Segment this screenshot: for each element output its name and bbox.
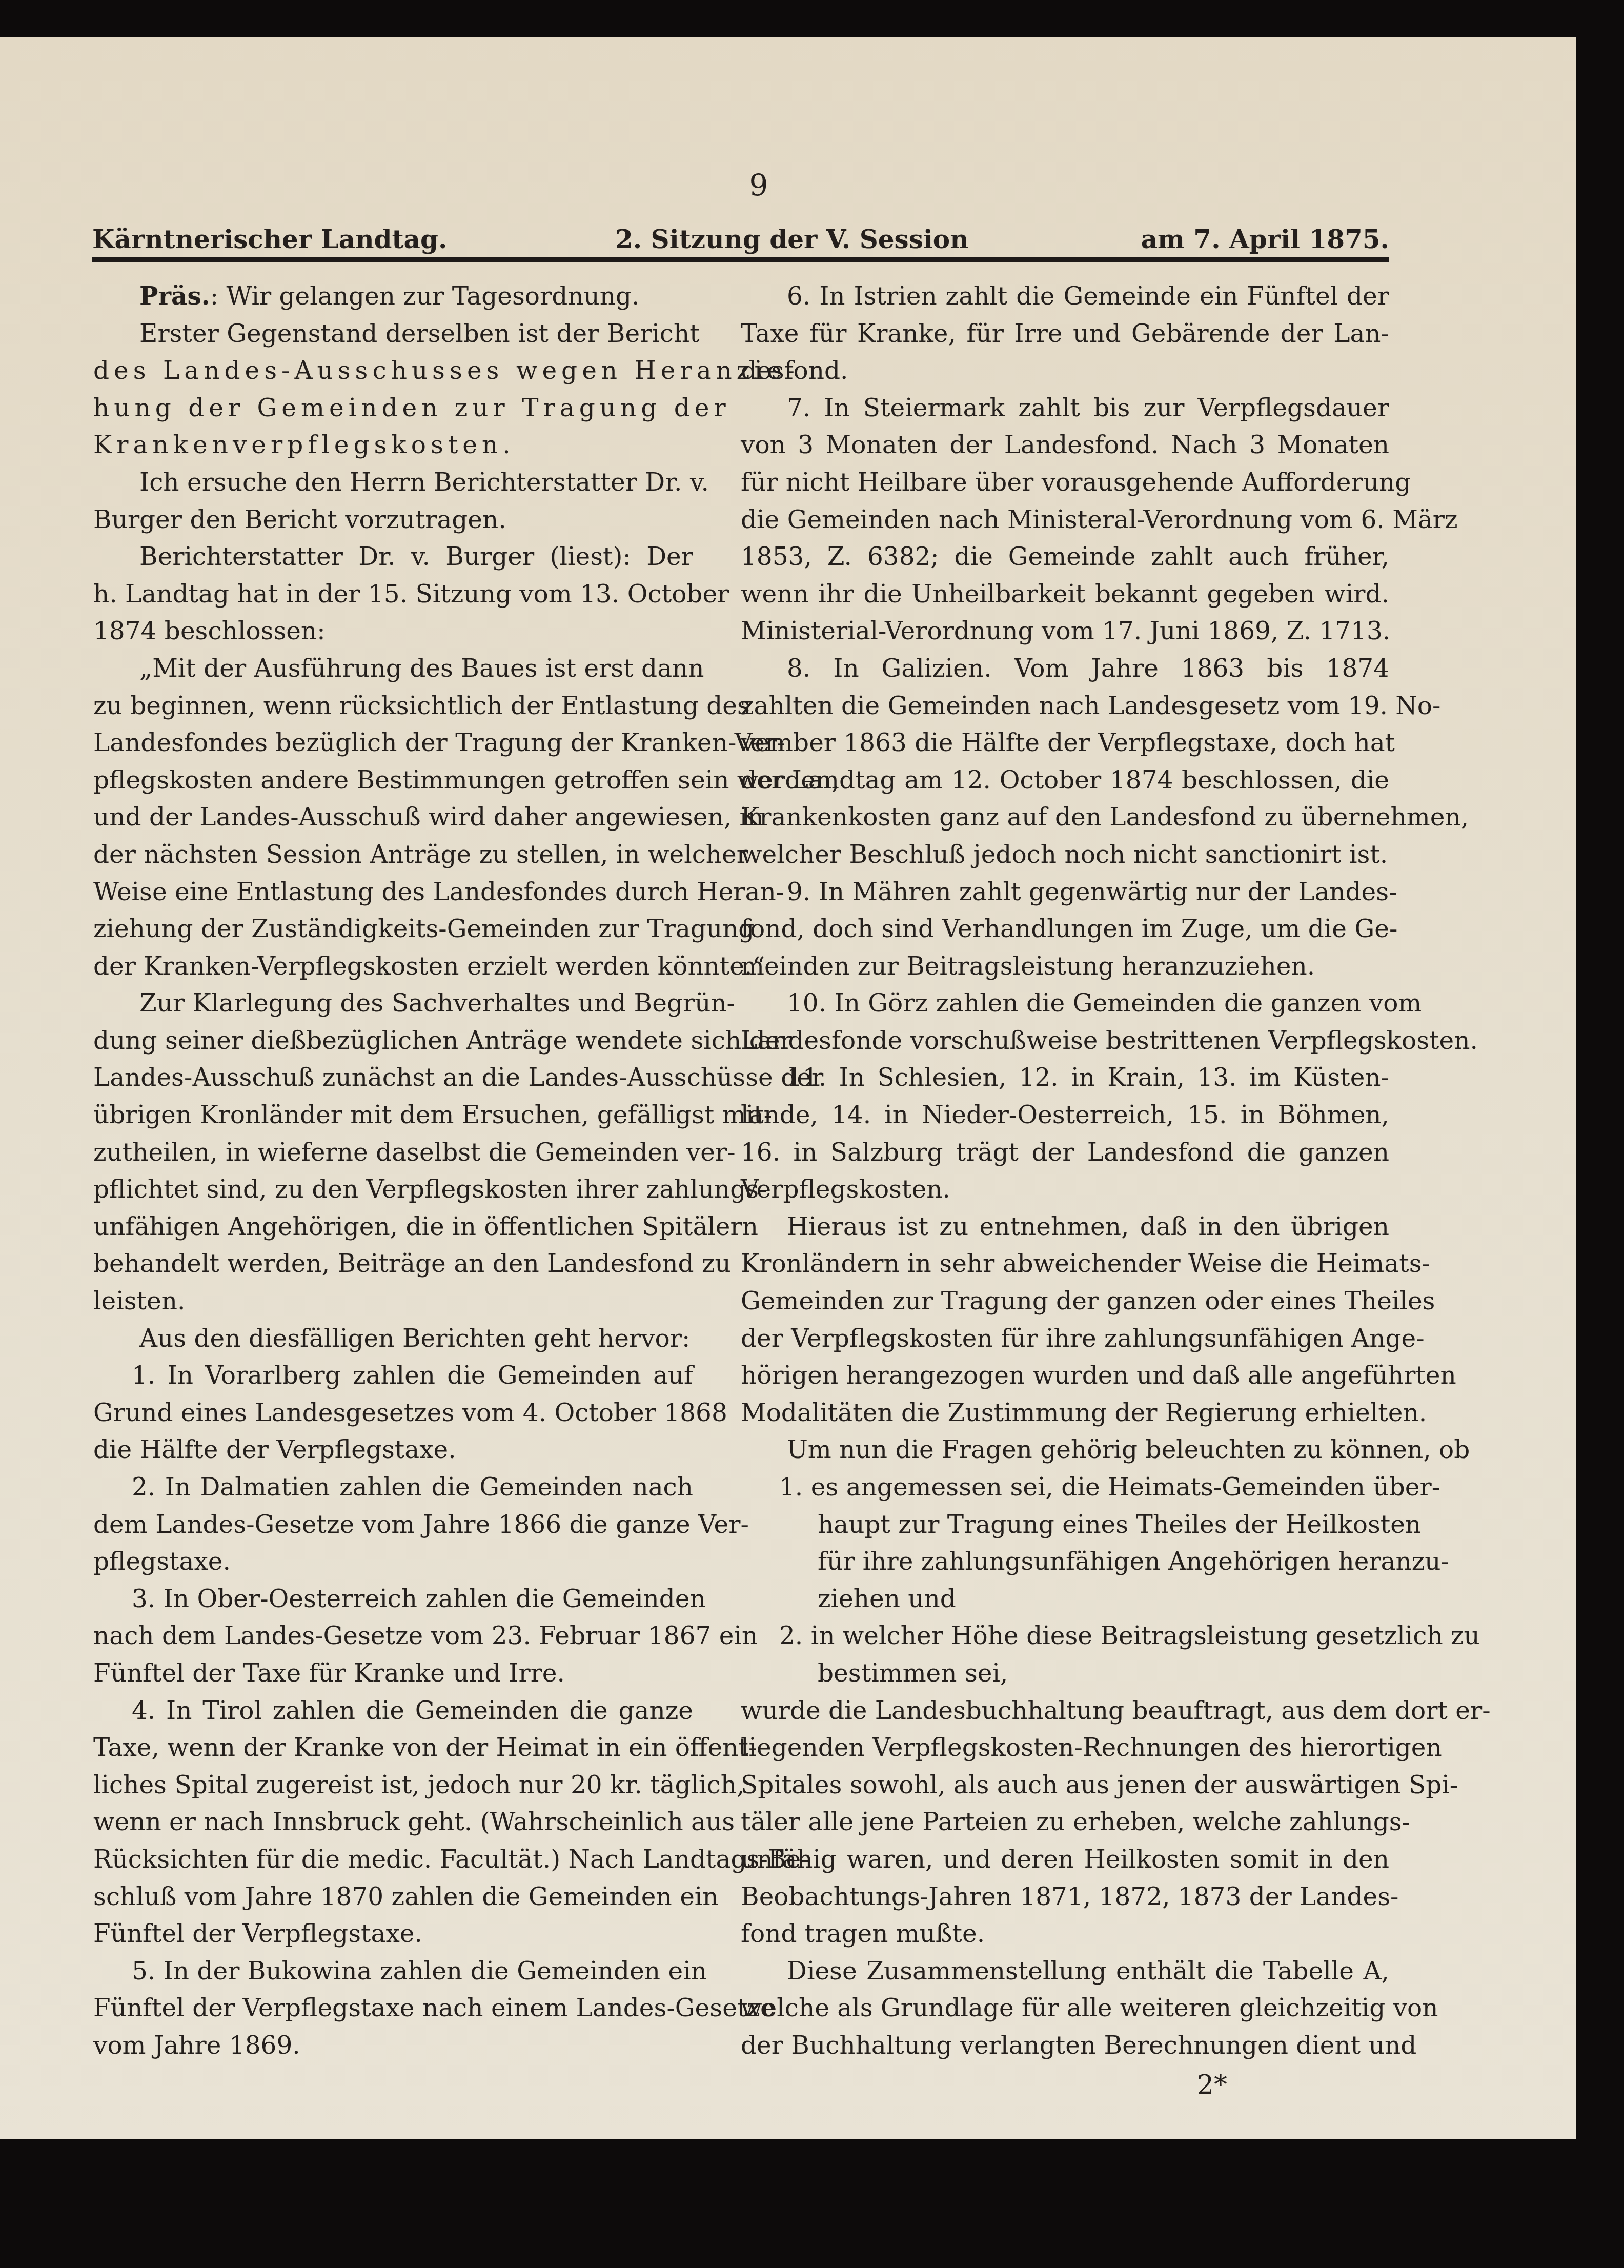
text-line: Taxe, wenn der Kranke von der Heimat in … [93,1729,693,1767]
text-line: lande, 14. in Nieder-Oesterreich, 15. in… [741,1097,1389,1134]
scanned-page: 9 Kärntnerischer Landtag. 2. Sitzung der… [0,37,1576,2139]
header-right: am 7. April 1875. [1141,224,1389,254]
text-line: unfähigen Angehörigen, die in öffentlich… [93,1208,693,1246]
text-line: Fünftel der Taxe für Kranke und Irre. [93,1655,693,1692]
text-line: Landesfonde vorschußweise bestrittenen V… [741,1022,1389,1060]
text-line: hung der Gemeinden zur Tragung der [93,390,693,427]
text-line: leisten. [93,1283,693,1320]
text-line: für nicht Heilbare über vorausgehende Au… [741,464,1389,501]
text-line: liegenden Verpflegskosten-Rechnungen des… [741,1729,1389,1767]
text-line: der Landtag am 12. October 1874 beschlos… [741,762,1389,799]
text-line: 1. es angemessen sei, die Heimats-Gemein… [741,1469,1389,1506]
text-line: desfond. [741,352,1389,390]
text-line: 7. In Steiermark zahlt bis zur Verpflegs… [741,390,1389,427]
text-line: schluß vom Jahre 1870 zahlen die Gemeind… [93,1878,693,1916]
text-line: zutheilen, in wieferne daselbst die Geme… [93,1134,693,1171]
text-line: meinden zur Beitragsleistung heranzuzieh… [741,948,1389,985]
text-line: Ministerial-Verordnung vom 17. Juni 1869… [741,613,1389,650]
text-line: Erster Gegenstand derselben ist der Beri… [93,315,693,353]
text-line: Krankenverpflegskosten. [93,427,693,464]
text-line: behandelt werden, Beiträge an den Landes… [93,1245,693,1283]
text-line: Krankenkosten ganz auf den Landesfond zu… [741,799,1389,836]
text-line: dem Landes-Gesetze vom Jahre 1866 die ga… [93,1506,693,1544]
text-line: 8. In Galizien. Vom Jahre 1863 bis 1874 [741,650,1389,687]
right-column: 6. In Istrien zahlt die Gemeinde ein Fün… [741,278,1389,2064]
text-line: 1. In Vorarlberg zahlen die Gemeinden au… [93,1357,693,1394]
text-line: Berichterstatter Dr. v. Burger (liest): … [93,538,693,576]
text-line: bestimmen sei, [741,1655,1389,1692]
text-line: zu beginnen, wenn rücksichtlich der Entl… [93,687,693,725]
text-line: Weise eine Entlastung des Landesfondes d… [93,874,693,911]
text-line: Landesfondes bezüglich der Tragung der K… [93,724,693,762]
text-line: die Hälfte der Verpflegstaxe. [93,1431,693,1469]
text-line: und der Landes-Ausschuß wird daher angew… [93,799,693,836]
text-line: der Kranken-Verpflegskosten erzielt werd… [93,948,693,985]
text-line: 16. in Salzburg trägt der Landesfond die… [741,1134,1389,1171]
text-line: wurde die Landesbuchhaltung beauftragt, … [741,1692,1389,1730]
left-column: Präs.: Wir gelangen zur Tagesordnung.Ers… [93,278,693,2064]
text-line: Kronländern in sehr abweichender Weise d… [741,1245,1389,1283]
text-line: wenn ihr die Unheilbarkeit bekannt gegeb… [741,576,1389,613]
text-line: 1853, Z. 6382; die Gemeinde zahlt auch f… [741,538,1389,576]
text-line: Aus den diesfälligen Berichten geht herv… [93,1320,693,1358]
text-line: des Landes-Ausschusses wegen Heranzie- [93,352,693,390]
text-line: die Gemeinden nach Ministeral-Verordnung… [741,501,1389,539]
text-line: übrigen Kronländer mit dem Ersuchen, gef… [93,1097,693,1134]
text-line: h. Landtag hat in der 15. Sitzung vom 13… [93,576,693,613]
text-line: Diese Zusammenstellung enthält die Tabel… [741,1953,1389,1990]
text-line: 11. In Schlesien, 12. in Krain, 13. im K… [741,1059,1389,1097]
text-line: ziehen und [741,1581,1389,1618]
text-line: 1874 beschlossen: [93,613,693,650]
text-line: hörigen herangezogen wurden und daß alle… [741,1357,1389,1394]
text-line: pflegskosten andere Bestimmungen getroff… [93,762,693,799]
text-line: Taxe für Kranke, für Irre und Gebärende … [741,315,1389,353]
text-line: welcher Beschluß jedoch noch nicht sanct… [741,836,1389,874]
text-line: pflichtet sind, zu den Verpflegskosten i… [93,1171,693,1208]
text-line: Beobachtungs-Jahren 1871, 1872, 1873 der… [741,1878,1389,1916]
text-line: Spitales sowohl, als auch aus jenen der … [741,1767,1389,1804]
text-line: 3. In Ober-Oesterreich zahlen die Gemein… [93,1581,693,1618]
text-line: nach dem Landes-Gesetze vom 23. Februar … [93,1617,693,1655]
text-line: der Verpflegskosten für ihre zahlungsunf… [741,1320,1389,1358]
text-line: täler alle jene Parteien zu erheben, wel… [741,1804,1389,1841]
text-line: der nächsten Session Anträge zu stellen,… [93,836,693,874]
text-line: Rücksichten für die medic. Facultät.) Na… [93,1841,693,1878]
text-line: welche als Grundlage für alle weiteren g… [741,1990,1389,2027]
text-line: Ich ersuche den Herrn Berichterstatter D… [93,464,693,501]
text-line: 2. In Dalmatien zahlen die Gemeinden nac… [93,1469,693,1506]
text-line: 9. In Mähren zahlt gegenwärtig nur der L… [741,874,1389,911]
text-line: ziehung der Zuständigkeits-Gemeinden zur… [93,910,693,948]
text-line: 6. In Istrien zahlt die Gemeinde ein Fün… [741,278,1389,315]
text-line: haupt zur Tragung eines Theiles der Heil… [741,1506,1389,1544]
text-line: fond tragen mußte. [741,1915,1389,1953]
text-line: Landes-Ausschuß zunächst an die Landes-A… [93,1059,693,1097]
text-line: Grund eines Landesgesetzes vom 4. Octobe… [93,1394,693,1432]
text-line: 5. In der Bukowina zahlen die Gemeinden … [93,1953,693,1990]
text-line: unfähig waren, und deren Heilkosten somi… [741,1841,1389,1878]
text-line: Hieraus ist zu entnehmen, daß in den übr… [741,1208,1389,1246]
text-line: wenn er nach Innsbruck geht. (Wahrschein… [93,1804,693,1841]
running-header: Kärntnerischer Landtag. 2. Sitzung der V… [92,221,1389,262]
signature-mark: 2* [1197,2070,1227,2100]
text-line: 4. In Tirol zahlen die Gemeinden die gan… [93,1692,693,1730]
text-line: fond, doch sind Verhandlungen im Zuge, u… [741,910,1389,948]
text-line: liches Spital zugereist ist, jedoch nur … [93,1767,693,1804]
text-line: „Mit der Ausführung des Baues ist erst d… [93,650,693,687]
text-line: Fünftel der Verpflegstaxe nach einem Lan… [93,1990,693,2027]
text-line: Gemeinden zur Tragung der ganzen oder ei… [741,1283,1389,1320]
text-line: Verpflegskosten. [741,1171,1389,1208]
text-line: Präs.: Wir gelangen zur Tagesordnung. [93,278,693,315]
text-line: 10. In Görz zahlen die Gemeinden die gan… [741,985,1389,1022]
text-line: Zur Klarlegung des Sachverhaltes und Beg… [93,985,693,1022]
header-center: 2. Sitzung der V. Session [615,224,969,254]
text-line: Burger den Bericht vorzutragen. [93,501,693,539]
text-line: 2. in welcher Höhe diese Beitragsleistun… [741,1617,1389,1655]
text-line: der Buchhaltung verlangten Berechnungen … [741,2027,1389,2064]
text-line: von 3 Monaten der Landesfond. Nach 3 Mon… [741,427,1389,464]
text-line: zahlten die Gemeinden nach Landesgesetz … [741,687,1389,725]
text-line: Fünftel der Verpflegstaxe. [93,1915,693,1953]
text-line: vom Jahre 1869. [93,2027,693,2064]
page-number: 9 [728,168,789,202]
text-line: Um nun die Fragen gehörig beleuchten zu … [741,1431,1389,1469]
text-line: pflegstaxe. [93,1543,693,1581]
header-left: Kärntnerischer Landtag. [92,224,447,254]
speaker-label: Präs. [139,281,210,311]
text-line: für ihre zahlungsunfähigen Angehörigen h… [741,1543,1389,1581]
text-line: Modalitäten die Zustimmung der Regierung… [741,1394,1389,1432]
text-line: vember 1863 die Hälfte der Verpflegstaxe… [741,724,1389,762]
text-line: dung seiner dießbezüglichen Anträge wend… [93,1022,693,1060]
